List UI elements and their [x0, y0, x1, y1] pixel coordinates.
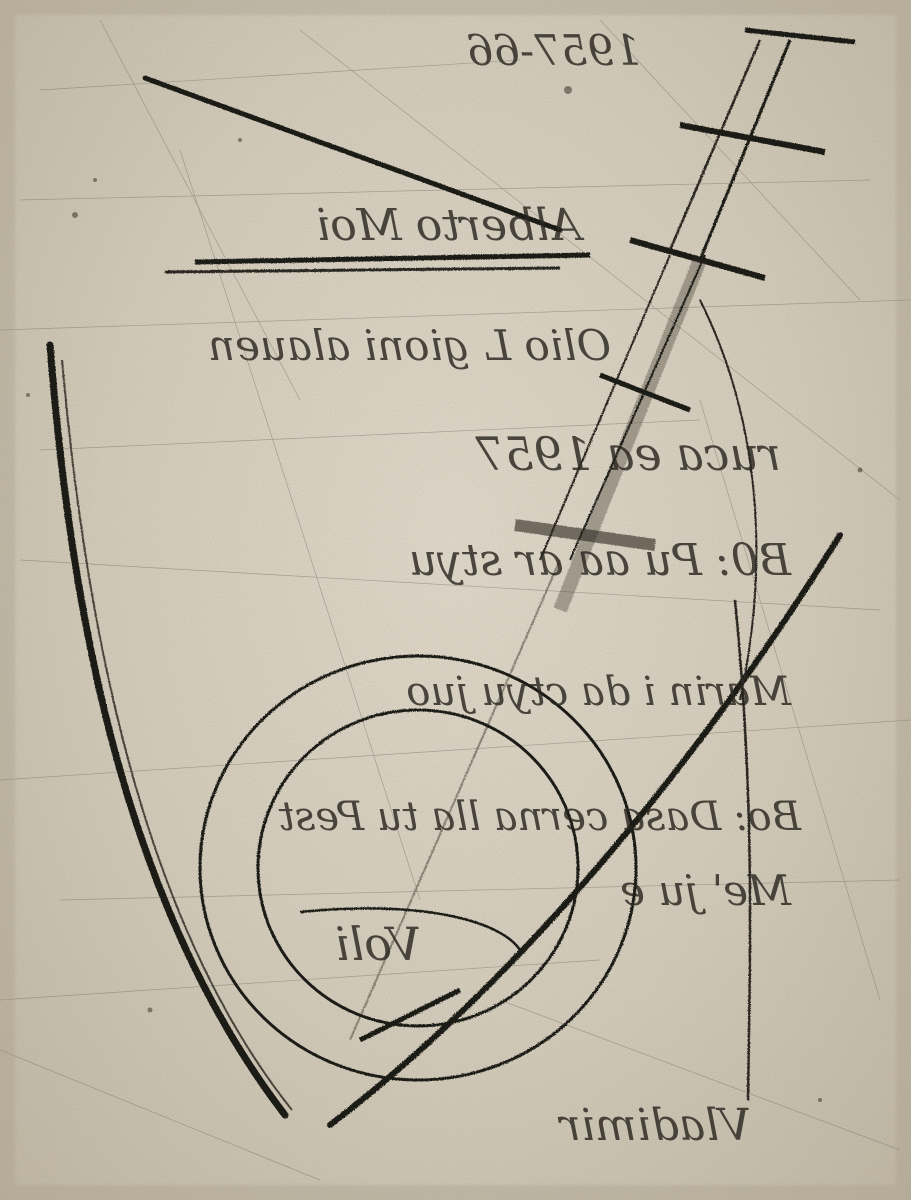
- svg-text:Alberto Moi: Alberto Moi: [316, 200, 585, 251]
- svg-text:Bo: Dasa cerna lla tu Pest: Bo: Dasa cerna lla tu Pest: [278, 794, 802, 840]
- svg-text:Olio L gioni alauen: Olio L gioni alauen: [208, 321, 611, 370]
- svg-text:B0: Pu aa ar styu: B0: Pu aa ar styu: [409, 535, 792, 586]
- svg-text:Vladimir: Vladimir: [557, 1100, 751, 1151]
- date-inscription: 1957-66: [466, 26, 641, 75]
- svg-text:Voli: Voli: [335, 917, 421, 971]
- svg-text:Marin i da ctyu juo: Marin i da ctyu juo: [406, 669, 792, 715]
- etching-plate: 1957-66: [0, 0, 911, 1200]
- etching-artwork: 1957-66 Alberto Moi Olio L gioni alauen …: [0, 0, 911, 1200]
- svg-text:ruca ea 1957: ruca ea 1957: [475, 427, 781, 481]
- svg-text:Me' ju e: Me' ju e: [620, 866, 792, 915]
